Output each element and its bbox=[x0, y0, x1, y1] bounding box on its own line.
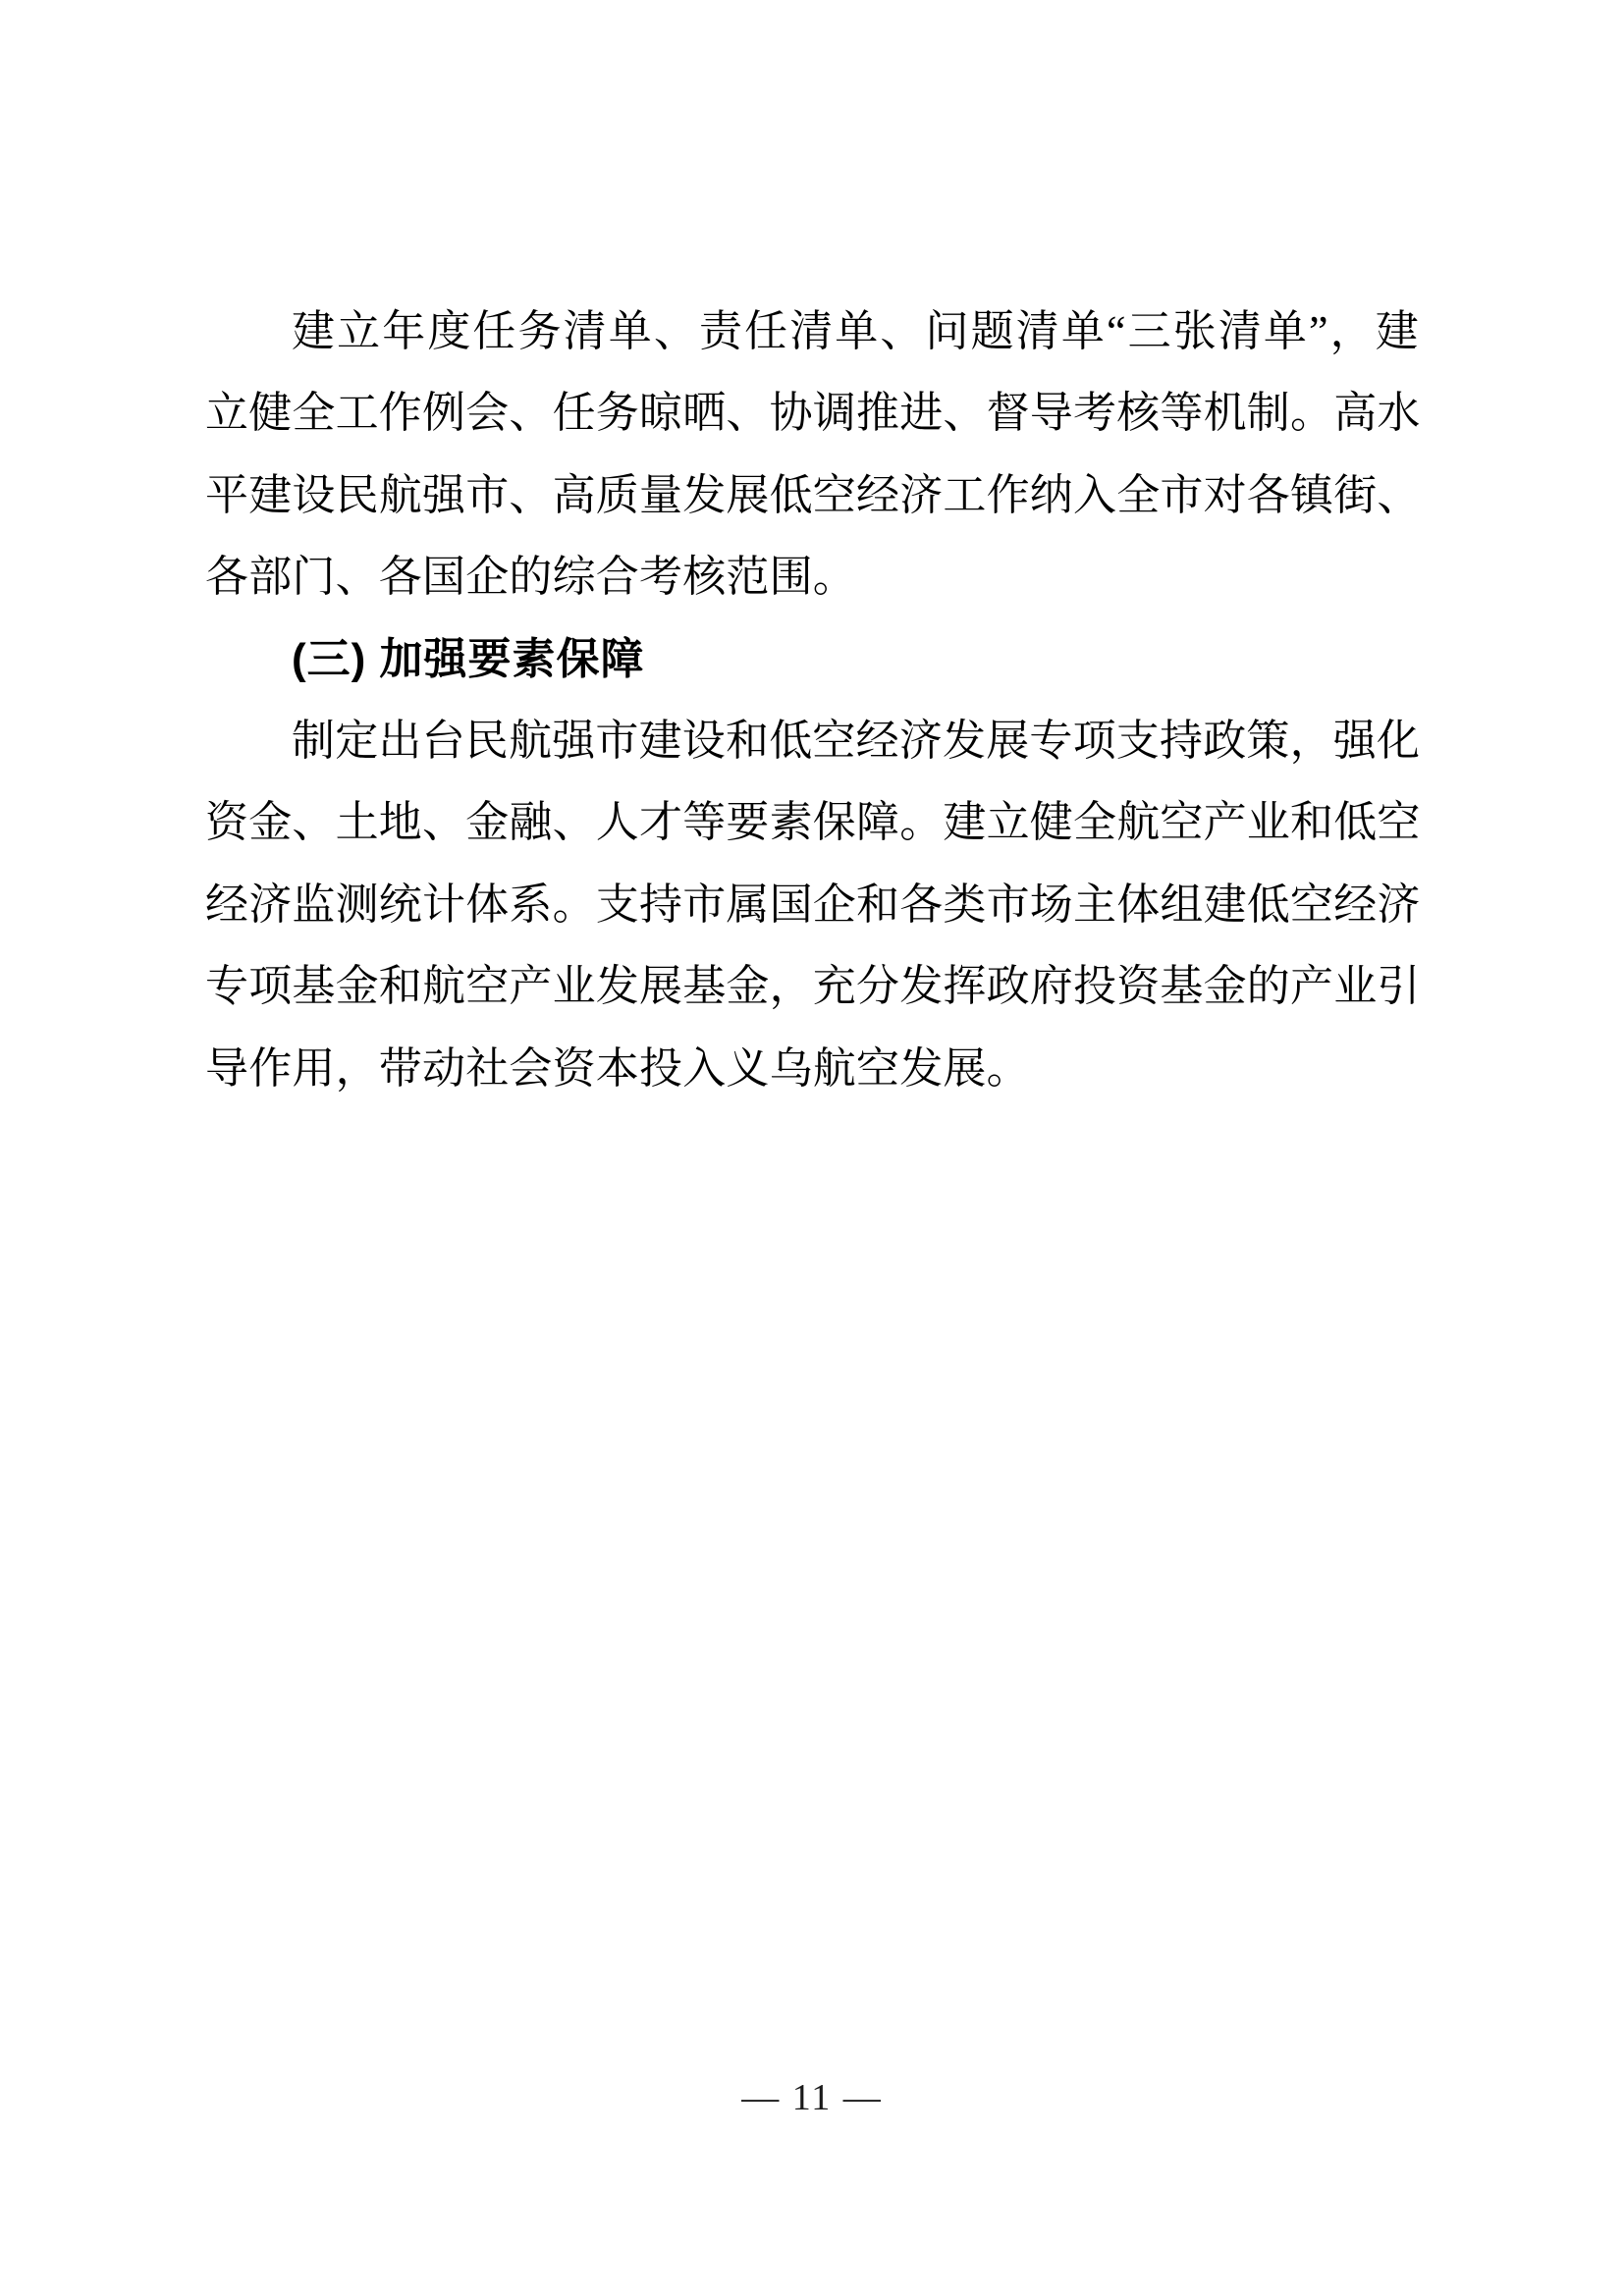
section-heading: (三) 加强要素保障 bbox=[205, 618, 1419, 700]
page-number: — 11 — bbox=[0, 2075, 1624, 2120]
paragraph-1-line-3: 平建设民航强市、高质量发展低空经济工作纳入全市对各镇街、 bbox=[205, 454, 1419, 536]
paragraph-2-line-2: 资金、土地、金融、人才等要素保障。建立健全航空产业和低空 bbox=[205, 781, 1419, 863]
paragraph-2-line-4: 专项基金和航空产业发展基金，充分发挥政府投资基金的产业引 bbox=[205, 945, 1419, 1027]
paragraph-2-line-1: 制定出台民航强市建设和低空经济发展专项支持政策，强化 bbox=[205, 700, 1419, 781]
paragraph-1-line-4: 各部门、各国企的综合考核范围。 bbox=[205, 536, 1419, 617]
document-page: 建立年度任务清单、责任清单、问题清单“三张清单”，建 立健全工作例会、任务晾晒、… bbox=[0, 0, 1624, 2296]
paragraph-2-line-5: 导作用，带动社会资本投入义乌航空发展。 bbox=[205, 1028, 1419, 1109]
paragraph-2-line-3: 经济监测统计体系。支持市属国企和各类市场主体组建低空经济 bbox=[205, 864, 1419, 945]
document-body: 建立年度任务清单、责任清单、问题清单“三张清单”，建 立健全工作例会、任务晾晒、… bbox=[205, 291, 1419, 1109]
paragraph-1-line-1: 建立年度任务清单、责任清单、问题清单“三张清单”，建 bbox=[205, 291, 1419, 372]
paragraph-1-line-2: 立健全工作例会、任务晾晒、协调推进、督导考核等机制。高水 bbox=[205, 372, 1419, 454]
